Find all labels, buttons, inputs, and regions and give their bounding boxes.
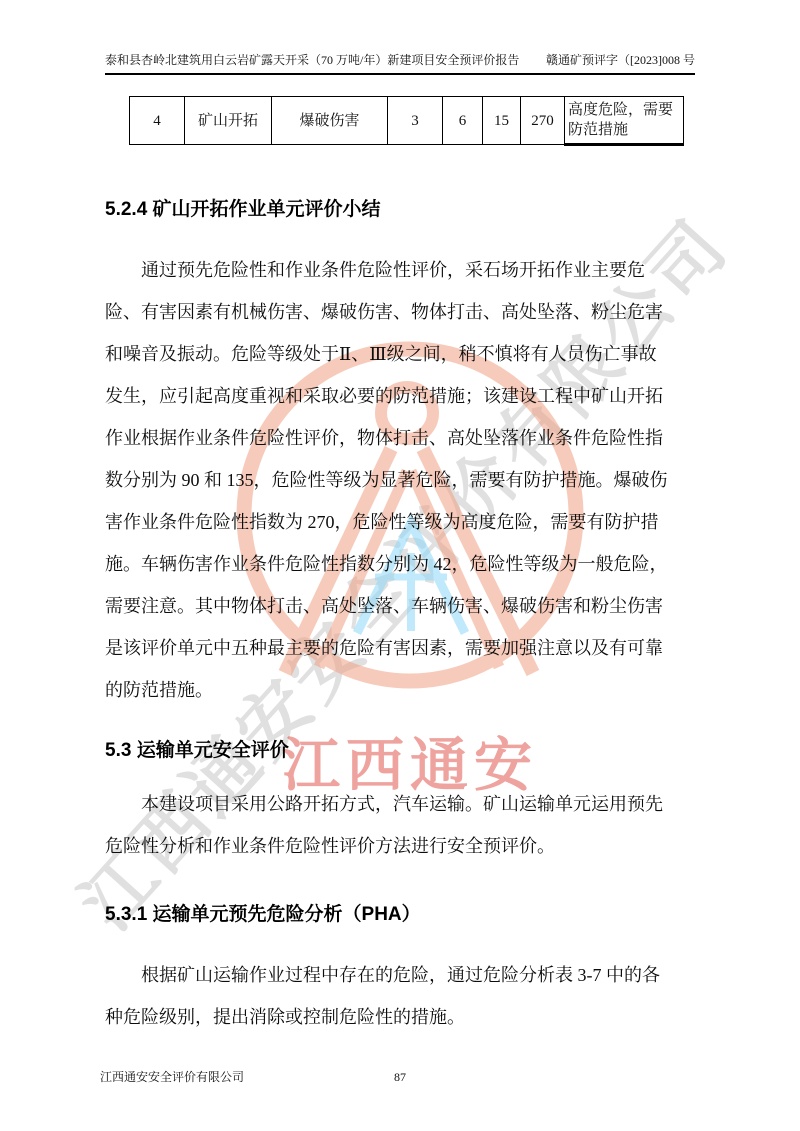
section-heading-5-3-1: 5.3.1 运输单元预先危险分析（PHA）: [105, 903, 695, 927]
table-cell-l: 3: [388, 97, 443, 145]
table-cell-e: 6: [443, 97, 483, 145]
table-row: 4 矿山开拓 爆破伤害 3 6 15 270 高度危险，需要防范措施: [130, 97, 684, 145]
section-heading-5-2-4: 5.2.4 矿山开拓作业单元评价小结: [105, 198, 695, 222]
table-cell-hazard: 爆破伤害: [272, 97, 388, 145]
risk-evaluation-table: 4 矿山开拓 爆破伤害 3 6 15 270 高度危险，需要防范措施: [129, 96, 684, 146]
section-heading-5-3: 5.3 运输单元安全评价: [105, 739, 695, 763]
table-cell-d: 270: [521, 97, 565, 145]
table-cell-unit: 矿山开拓: [185, 97, 272, 145]
section-paragraph-5-3-1: 根据矿山运输作业过程中存在的危险，通过危险分析表 3-7 中的各 种危险级别，提…: [105, 954, 695, 1038]
table-cell-index: 4: [130, 97, 185, 145]
table-cell-c: 15: [483, 97, 521, 145]
page-content: 泰和县杏岭北建筑用白云岩矿露天开采（70 万吨/年）新建项目安全预评价报告 赣通…: [0, 52, 800, 1038]
section-paragraph-5-2-4: 通过预先危险性和作业条件危险性评价，采石场开拓作业主要危 险、有害因素有机械伤害…: [105, 249, 695, 711]
section-paragraph-5-3: 本建设项目采用公路开拓方式，汽车运输。矿山运输单元运用预先 危险性分析和作业条件…: [105, 783, 695, 867]
header-doc-number: 赣通矿预评字（[2023]008 号: [546, 52, 695, 68]
page-number: 87: [0, 1069, 800, 1085]
table-cell-risk-level: 高度危险，需要防范措施: [565, 97, 684, 145]
page-header: 泰和县杏岭北建筑用白云岩矿露天开采（70 万吨/年）新建项目安全预评价报告 赣通…: [105, 52, 695, 75]
header-report-title: 泰和县杏岭北建筑用白云岩矿露天开采（70 万吨/年）新建项目安全预评价报告: [105, 52, 519, 68]
document-page: 江西通安安全评价有限公司 江西通安 泰和县杏岭北建筑用白云岩矿露天开采（70 万…: [0, 0, 800, 1131]
